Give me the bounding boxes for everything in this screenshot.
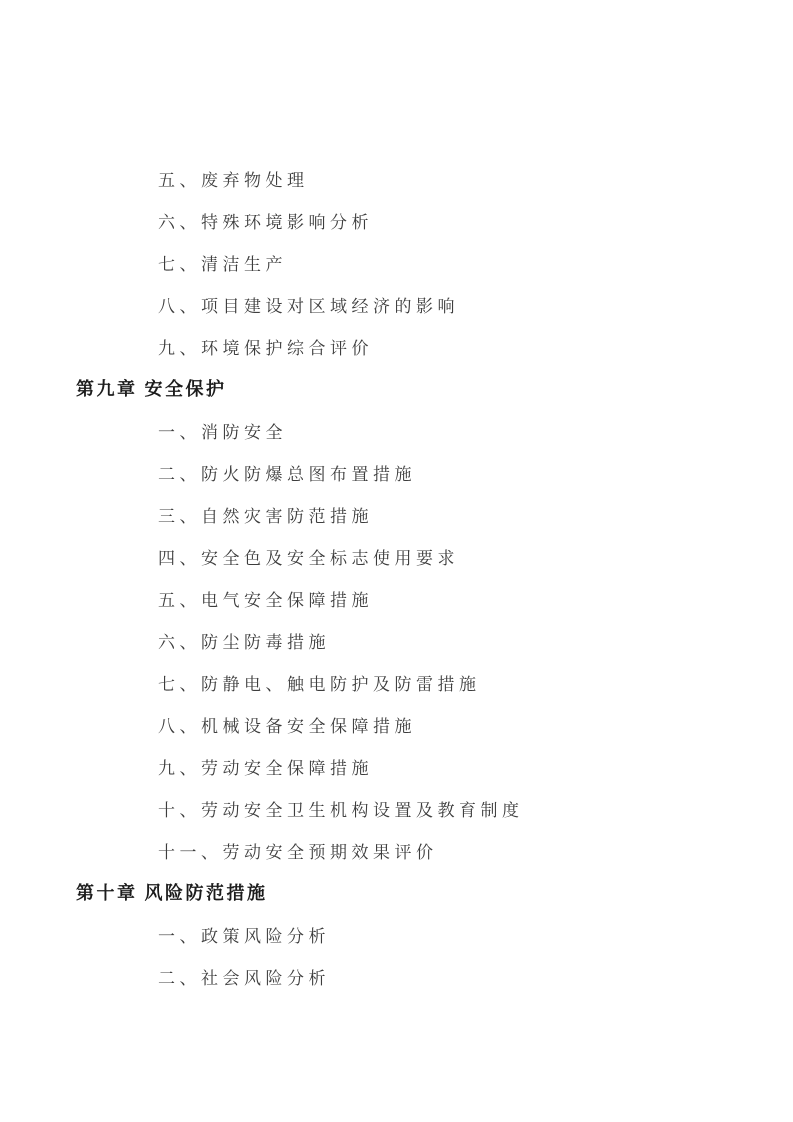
document-page: 五、废弃物处理六、特殊环境影响分析七、清洁生产八、项目建设对区域经济的影响九、环…: [0, 0, 793, 1122]
toc-entry: 五、废弃物处理: [0, 157, 793, 199]
toc-entry: 七、清洁生产: [0, 241, 793, 283]
toc-entry: 四、安全色及安全标志使用要求: [0, 535, 793, 577]
toc-chapter-heading: 第十章 风险防范措施: [0, 871, 793, 913]
toc-entry: 三、自然灾害防范措施: [0, 493, 793, 535]
toc-entry: 二、防火防爆总图布置措施: [0, 451, 793, 493]
toc-entry: 一、消防安全: [0, 409, 793, 451]
toc-entry: 六、防尘防毒措施: [0, 619, 793, 661]
toc-entry: 七、防静电、触电防护及防雷措施: [0, 661, 793, 703]
toc-chapter-heading: 第九章 安全保护: [0, 367, 793, 409]
toc-entry: 十一、劳动安全预期效果评价: [0, 829, 793, 871]
toc-entry: 十、劳动安全卫生机构设置及教育制度: [0, 787, 793, 829]
toc-list: 五、废弃物处理六、特殊环境影响分析七、清洁生产八、项目建设对区域经济的影响九、环…: [0, 157, 793, 997]
toc-entry: 五、电气安全保障措施: [0, 577, 793, 619]
toc-entry: 一、政策风险分析: [0, 913, 793, 955]
toc-entry: 九、环境保护综合评价: [0, 325, 793, 367]
toc-entry: 九、劳动安全保障措施: [0, 745, 793, 787]
toc-entry: 二、社会风险分析: [0, 955, 793, 997]
toc-entry: 八、机械设备安全保障措施: [0, 703, 793, 745]
toc-entry: 六、特殊环境影响分析: [0, 199, 793, 241]
toc-entry: 八、项目建设对区域经济的影响: [0, 283, 793, 325]
